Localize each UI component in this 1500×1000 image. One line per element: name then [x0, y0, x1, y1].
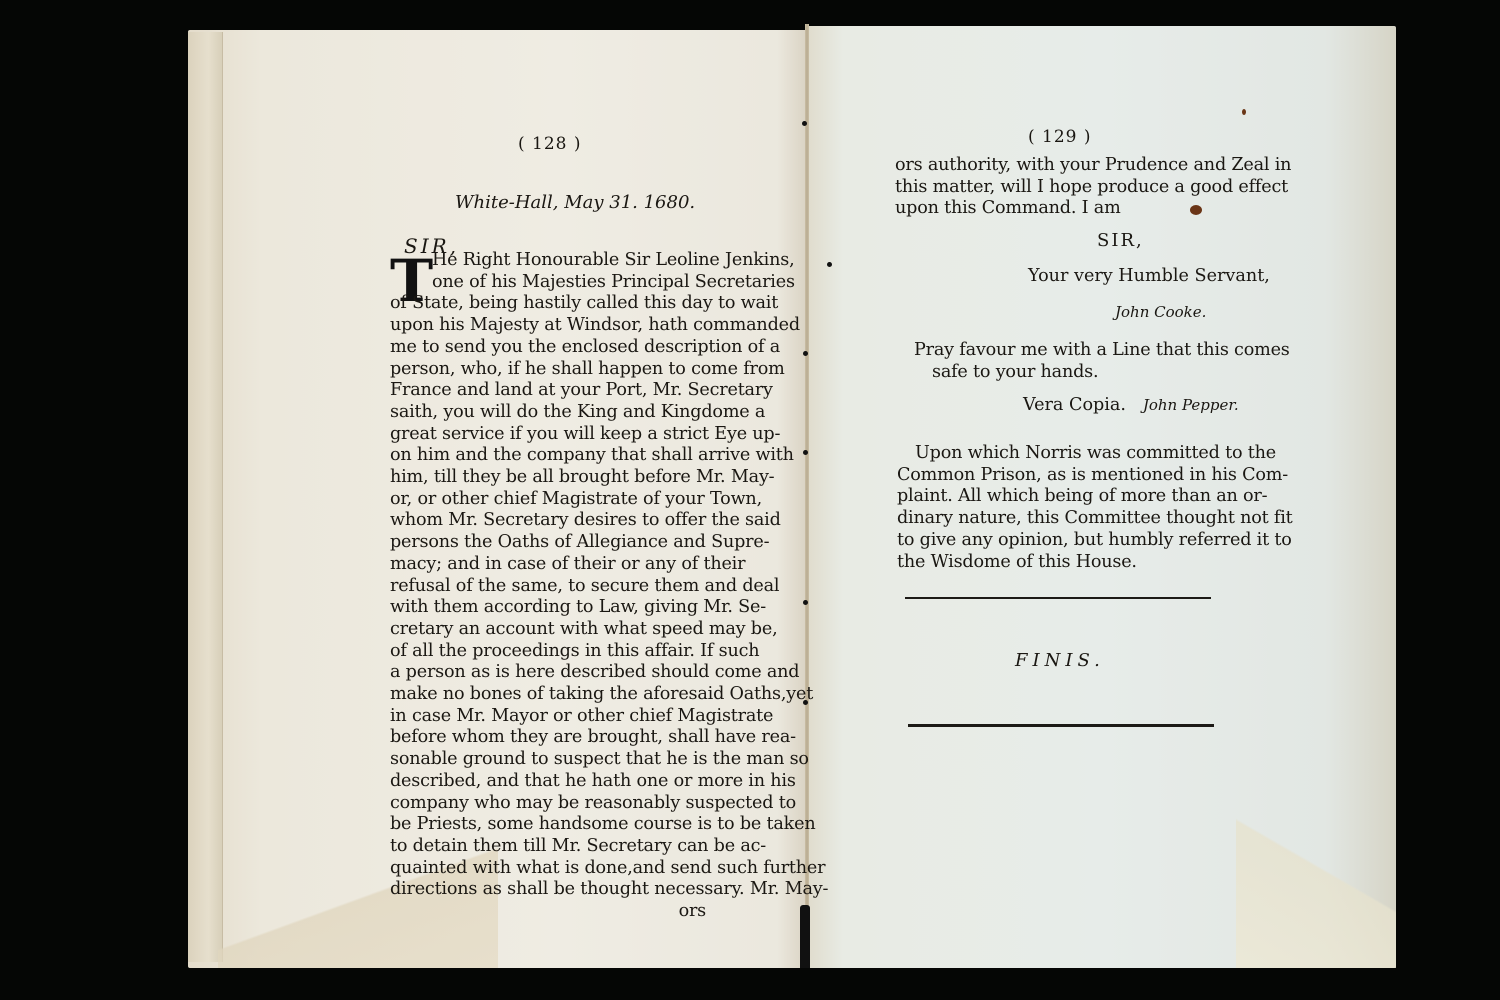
text-line: or, or other chief Magistrate of your To… [390, 489, 706, 511]
text-line: cretary an account with what speed may b… [390, 619, 706, 641]
horizontal-rule [908, 724, 1214, 727]
text-line: him, till they be all brought before Mr.… [390, 467, 706, 489]
postscript: Pray favour me with a Line that this com… [914, 340, 1214, 383]
text-line: the Wisdome of this House. [897, 552, 1215, 574]
page-number-right: ( 129 ) [1028, 127, 1092, 147]
text-line: company who may be reasonably suspected … [390, 793, 706, 815]
attestation: Vera Copia. John Pepper. [1023, 395, 1239, 415]
text-line: before whom they are brought, shall have… [390, 727, 706, 749]
attestation-label: Vera Copia. [1023, 395, 1126, 415]
text-line: directions as shall be thought necessary… [390, 879, 706, 901]
dateline: White-Hall, May 31. 1680. [455, 192, 695, 213]
text-line: sonable ground to suspect that he is the… [390, 749, 706, 771]
text-line: Common Prison, as is mentioned in his Co… [897, 465, 1215, 487]
catchword: ors [390, 901, 706, 923]
text-line: described, and that he hath one or more … [390, 771, 706, 793]
text-line: Pray favour me with a Line that this com… [914, 340, 1214, 362]
text-line: saith, you will do the King and Kingdome… [390, 402, 706, 424]
text-line: France and land at your Port, Mr. Secret… [390, 380, 706, 402]
stitch-hole [802, 121, 807, 126]
valediction: Your very Humble Servant, [1028, 266, 1270, 286]
stitch-hole [803, 450, 808, 455]
text-line: be Priests, some handsome course is to b… [390, 814, 706, 836]
text-line: one of his Majesties Principal Secretari… [390, 272, 706, 294]
text-line: this matter, will I hope produce a good … [895, 177, 1215, 199]
letter-continuation: ors authority, with your Prudence and Ze… [895, 155, 1215, 220]
text-line: me to send you the enclosed description … [390, 337, 706, 359]
text-line: quainted with what is done,and send such… [390, 858, 706, 880]
text-line: to detain them till Mr. Secretary can be… [390, 836, 706, 858]
foxing-spot [1242, 109, 1246, 115]
text-line: He Right Honourable Sir Leoline Jenkins, [390, 250, 706, 272]
stitch-hole [803, 351, 808, 356]
text-line: great service if you will keep a strict … [390, 424, 706, 446]
text-line: on him and the company that shall arrive… [390, 445, 706, 467]
text-line: plaint. All which being of more than an … [897, 486, 1215, 508]
text-line: Upon which Norris was committed to the [897, 443, 1215, 465]
page-leaf-edge [188, 32, 223, 962]
text-line: a person as is here described should com… [390, 662, 706, 684]
text-line: safe to your hands. [914, 362, 1214, 384]
horizontal-rule [905, 597, 1211, 599]
text-line: whom Mr. Secretary desires to offer the … [390, 510, 706, 532]
text-line: in case Mr. Mayor or other chief Magistr… [390, 706, 706, 728]
text-line: to give any opinion, but humbly referred… [897, 530, 1215, 552]
stitch-hole [803, 600, 808, 605]
text-line: person, who, if he shall happen to come … [390, 359, 706, 381]
text-line: of all the proceedings in this affair. I… [390, 641, 706, 663]
text-line: refusal of the same, to secure them and … [390, 576, 706, 598]
letter-body: He Right Honourable Sir Leoline Jenkins,… [390, 250, 706, 923]
text-line: ors authority, with your Prudence and Ze… [895, 155, 1215, 177]
stitch-hole [827, 262, 832, 267]
text-line: make no bones of taking the aforesaid Oa… [390, 684, 706, 706]
page-number-left: ( 128 ) [518, 134, 582, 154]
text-line: macy; and in case of their or any of the… [390, 554, 706, 576]
text-line: upon his Majesty at Windsor, hath comman… [390, 315, 706, 337]
committee-conclusion: Upon which Norris was committed to the C… [897, 443, 1215, 573]
text-line: upon this Command. I am [895, 198, 1215, 220]
attestation-name: John Pepper. [1143, 396, 1239, 414]
text-line: with them according to Law, giving Mr. S… [390, 597, 706, 619]
closing-salutation: SIR, [1097, 230, 1144, 251]
text-line: persons the Oaths of Allegiance and Supr… [390, 532, 706, 554]
gutter-tear [800, 905, 810, 968]
water-stain [1236, 788, 1396, 968]
book-spread: ( 128 ) White-Hall, May 31. 1680. SIR, T… [0, 0, 1500, 1000]
text-line: dinary nature, this Committee thought no… [897, 508, 1215, 530]
finis: FINIS. [1015, 650, 1105, 671]
text-line: of State, being hastily called this day … [390, 293, 706, 315]
signature: John Cooke. [1115, 303, 1206, 321]
